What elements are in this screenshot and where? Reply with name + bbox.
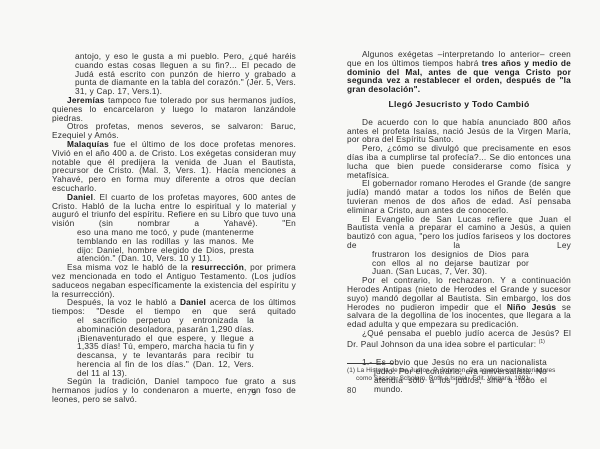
- left-page-number: 79: [247, 388, 257, 397]
- paragraph: De acuerdo con lo que había anunciado 80…: [347, 118, 571, 144]
- text-segment: ¿Qué pensaba el pueblo judío acerca de J…: [347, 328, 571, 349]
- paragraph: Después, la voz le habló a Daniel acerca…: [52, 298, 296, 316]
- section-heading: Llegó Jesucristo y Todo Cambió: [347, 100, 571, 109]
- text-segment: El gobernador romano Herodes el Grande (…: [347, 178, 571, 214]
- text-segment: eso una mano me tocó, y pude (mantenerme…: [77, 227, 254, 263]
- text-segment: Llegó Jesucristo y Todo Cambió: [388, 99, 529, 109]
- right-page: Algunos exégetas –interpretando lo anter…: [347, 50, 571, 393]
- left-page: antojo, y eso le gusta a mi pueblo. Pero…: [52, 52, 296, 404]
- text-segment: El Evangelio de San Lucas refiere que Ju…: [347, 214, 571, 250]
- text-segment: antojo, y eso le gusta a mi pueblo. Pero…: [75, 51, 296, 96]
- text-segment: Pero, ¿cómo se divulgó que precisamente …: [347, 143, 571, 179]
- paragraph: El gobernador romano Herodes el Grande (…: [347, 179, 571, 214]
- right-page-number: 80: [347, 386, 357, 395]
- paragraph: Otros profetas, menos severos, se salvar…: [52, 122, 296, 140]
- paragraph: El Evangelio de San Lucas refiere que Ju…: [347, 215, 571, 250]
- quote-block: el sacrificio perpetuo y entronizada la …: [77, 316, 254, 378]
- paragraph: Pero, ¿cómo se divulgó que precisamente …: [347, 144, 571, 179]
- book-spread: antojo, y eso le gusta a mi pueblo. Pero…: [0, 0, 600, 449]
- footnote-ref: (1): [539, 339, 545, 345]
- text-segment: De acuerdo con lo que había anunciado 80…: [347, 117, 571, 145]
- text-segment: fue el último de los doce profetas menor…: [52, 139, 296, 193]
- text-segment: frustraron los designios de Dios para co…: [372, 249, 529, 277]
- text-segment: Otros profetas, menos severos, se salvar…: [52, 121, 296, 140]
- footnote-rule: [347, 363, 393, 364]
- paragraph: Esa misma voz le habló de la resurrecció…: [52, 263, 296, 298]
- paragraph: Algunos exégetas –interpretando lo anter…: [347, 50, 571, 94]
- footnote-text: (1) La Historia de los Judíos. P. Johnso…: [347, 367, 571, 382]
- paragraph: Jeremías tampoco fue tolerado por sus he…: [52, 96, 296, 122]
- text-segment: (1) La Historia de los Judíos. P. Johnso…: [347, 367, 555, 382]
- quote-block: eso una mano me tocó, y pude (mantenerme…: [77, 228, 254, 263]
- right-page-footnote-area: (1) La Historia de los Judíos. P. Johnso…: [347, 363, 571, 382]
- quote-block: frustraron los designios de Dios para co…: [372, 250, 529, 276]
- paragraph: ¿Qué pensaba el pueblo judío acerca de J…: [347, 329, 571, 348]
- paragraph: Malaquías fue el último de los doce prof…: [52, 140, 296, 193]
- paragraph: Daniel. El cuarto de los profetas mayore…: [52, 193, 296, 228]
- text-segment: Según la tradición, Daniel tampoco fue g…: [52, 376, 296, 404]
- paragraph: Por el contrario, lo rechazaron. Y a con…: [347, 276, 571, 329]
- paragraph: Según la tradición, Daniel tampoco fue g…: [52, 377, 296, 403]
- quote-block: antojo, y eso le gusta a mi pueblo. Pero…: [75, 52, 296, 96]
- text-segment: el sacrificio perpetuo y entronizada la …: [77, 315, 254, 378]
